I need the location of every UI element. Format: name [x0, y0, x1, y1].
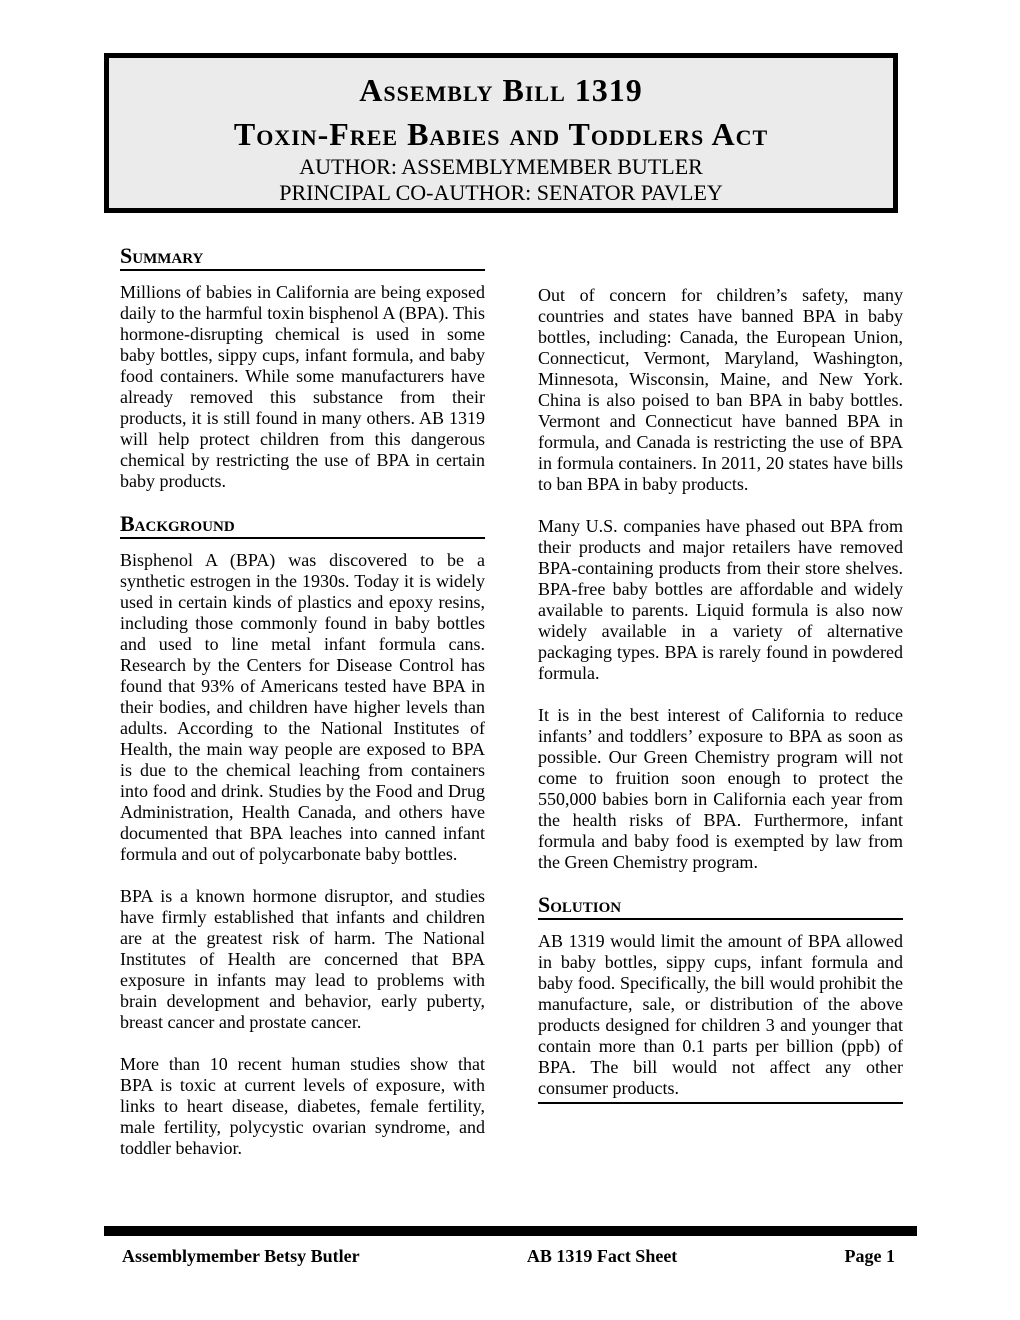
footer-author-name: Assemblymember Betsy Butler	[122, 1245, 360, 1267]
background-paragraph-4: Out of concern for children’s safety, ma…	[538, 285, 903, 495]
footer-rule	[104, 1226, 917, 1236]
background-paragraph-1: Bisphenol A (BPA) was discovered to be a…	[120, 550, 485, 865]
solution-paragraph: AB 1319 would limit the amount of BPA al…	[538, 931, 903, 1104]
section-heading-summary: Summary	[120, 245, 485, 271]
left-column: Summary Millions of babies in California…	[120, 245, 485, 1180]
coauthor-line: PRINCIPAL CO-AUTHOR: SENATOR PAVLEY	[109, 180, 893, 206]
background-paragraph-2: BPA is a known hormone disruptor, and st…	[120, 886, 485, 1033]
footer-document-title: AB 1319 Fact Sheet	[527, 1245, 677, 1267]
page-footer: Assemblymember Betsy Butler AB 1319 Fact…	[104, 1226, 917, 1267]
section-heading-solution: Solution	[538, 894, 903, 920]
author-line: AUTHOR: ASSEMBLYMEMBER BUTLER	[109, 154, 893, 180]
summary-paragraph: Millions of babies in California are bei…	[120, 282, 485, 492]
background-paragraph-5: Many U.S. companies have phased out BPA …	[538, 516, 903, 684]
footer-text-row: Assemblymember Betsy Butler AB 1319 Fact…	[104, 1245, 917, 1267]
document-page: Assembly Bill 1319 Toxin-Free Babies and…	[0, 0, 1020, 1320]
section-heading-background: Background	[120, 513, 485, 539]
body-columns: Summary Millions of babies in California…	[120, 245, 903, 1180]
act-name-title: Toxin-Free Babies and Toddlers Act	[109, 114, 893, 154]
background-paragraph-3: More than 10 recent human studies show t…	[120, 1054, 485, 1159]
footer-page-number: Page 1	[845, 1245, 895, 1267]
background-paragraph-6: It is in the best interest of California…	[538, 705, 903, 873]
bill-number-title: Assembly Bill 1319	[109, 70, 893, 110]
right-column: Out of concern for children’s safety, ma…	[538, 245, 903, 1180]
title-box: Assembly Bill 1319 Toxin-Free Babies and…	[104, 53, 898, 213]
